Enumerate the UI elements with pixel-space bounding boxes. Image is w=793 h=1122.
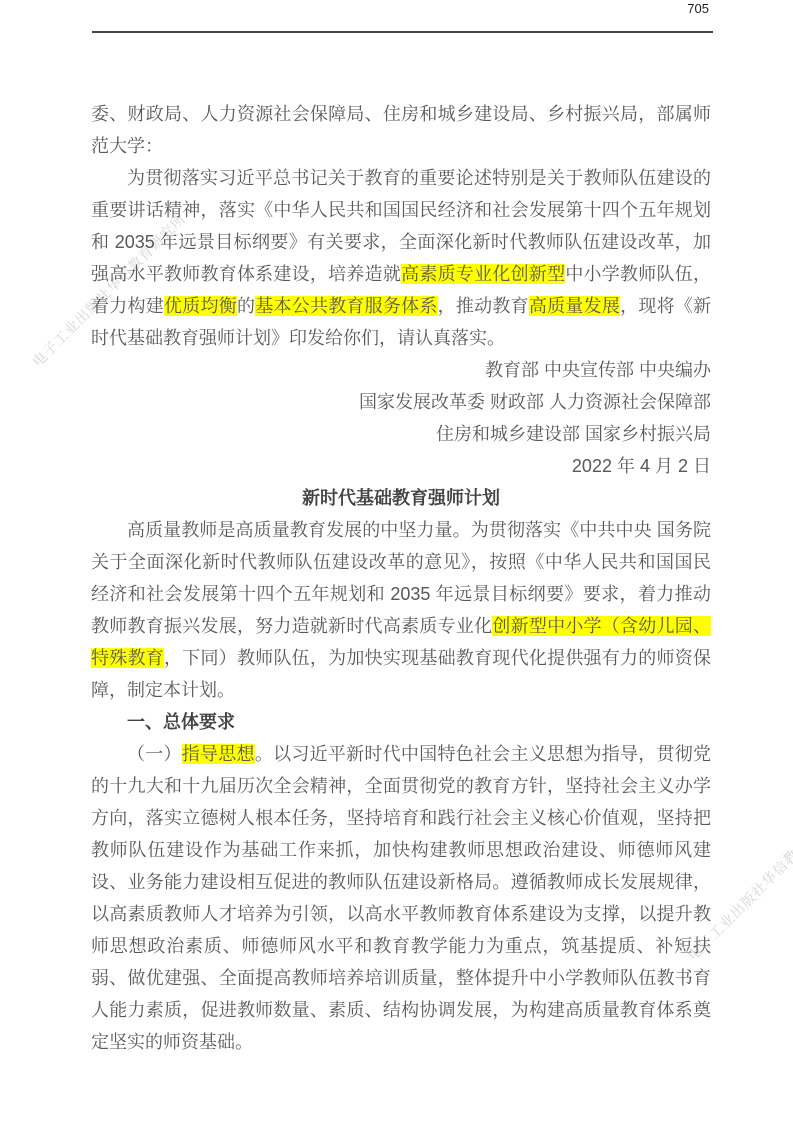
- section-heading-overall-requirements: 一、总体要求: [91, 706, 711, 738]
- document-title: 新时代基础教育强师计划: [91, 482, 711, 514]
- paragraph-guiding-ideology: （一）指导思想。以习近平新时代中国特色社会主义思想为指导，贯彻党的十九大和十九届…: [91, 738, 711, 1058]
- page-number: 705: [687, 1, 709, 16]
- text-run: ，推动教育: [438, 296, 529, 316]
- text-run: 的: [237, 296, 255, 316]
- document-body: 委、财政局、人力资源社会保障局、住房和城乡建设局、乡村振兴局，部属师范大学： 为…: [91, 98, 711, 1058]
- text-run: 委、财政局、人力资源社会保障局、住房和城乡建设局、乡村振兴局，部属师范大学：: [91, 104, 711, 156]
- paragraph-salutation: 委、财政局、人力资源社会保障局、住房和城乡建设局、乡村振兴局，部属师范大学：: [91, 98, 711, 162]
- text-run: 。以习近平新时代中国特色社会主义思想为指导，贯彻党的十九大和十九届历次全会精神，…: [91, 744, 711, 1052]
- highlighted-text: 高质量发展: [529, 296, 620, 316]
- highlighted-text: 优质均衡: [164, 296, 237, 316]
- highlighted-text: 指导思想: [182, 744, 255, 764]
- signature-line-agencies-2: 国家发展改革委 财政部 人力资源社会保障部: [91, 386, 711, 418]
- document-page: 705 电子工业出版社华信教育研究所 电子工业出版社华信教育研究所 委、财政局、…: [0, 0, 793, 1122]
- paragraph-plan-intro: 高质量教师是高质量教育发展的中坚力量。为贯彻落实《中共中央 国务院关于全面深化新…: [91, 514, 711, 706]
- document-viewport: { "page": { "number": "705", "background…: [0, 0, 793, 1122]
- signature-line-agencies-1: 教育部 中央宣传部 中央编办: [91, 354, 711, 386]
- highlighted-text: 基本公共教育服务体系: [255, 296, 437, 316]
- highlighted-text: 高素质专业化创新型: [401, 264, 565, 284]
- text-run: ，下同）教师队伍，为加快实现基础教育现代化提供强有力的师资保障，制定本计划。: [91, 648, 711, 700]
- signature-date: 2022 年 4 月 2 日: [91, 450, 711, 482]
- paragraph-notice: 为贯彻落实习近平总书记关于教育的重要论述特别是关于教师队伍建设的重要讲话精神，落…: [91, 162, 711, 354]
- header-rule: [92, 31, 713, 33]
- signature-line-agencies-3: 住房和城乡建设部 国家乡村振兴局: [91, 418, 711, 450]
- text-run: （一）: [127, 744, 182, 764]
